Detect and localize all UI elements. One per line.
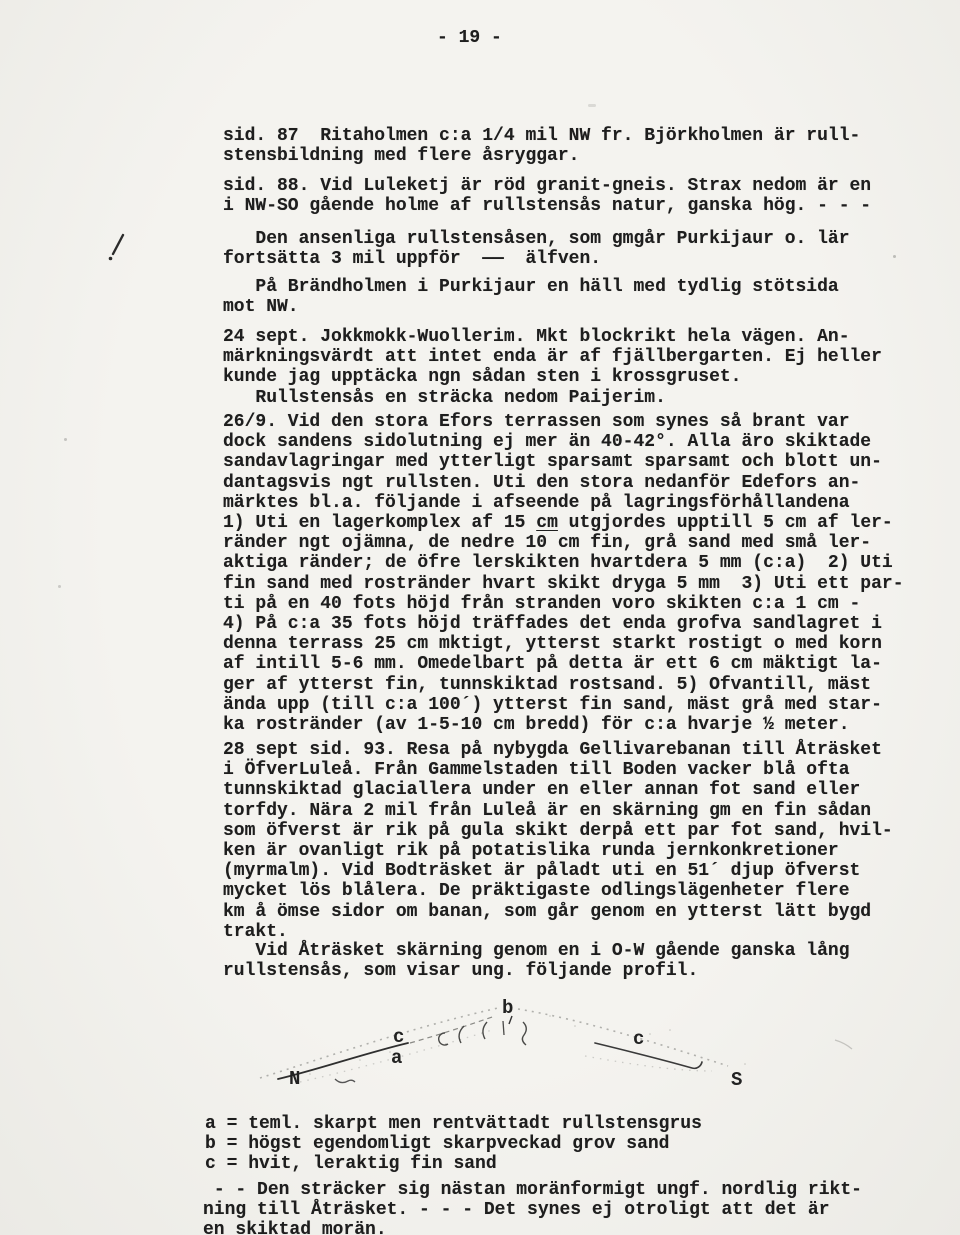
sketch-speckle <box>309 1015 746 1075</box>
scan-speck <box>893 255 896 258</box>
paragraph-26-9-part2: utgjordes upptill 5 cm af ler- ränder ng… <box>223 513 904 735</box>
profile-arc-right <box>518 1009 728 1066</box>
diagram-label-s: S <box>731 1069 742 1088</box>
fold-mark-2 <box>459 1026 464 1043</box>
stratum-line-right <box>595 1043 702 1068</box>
paragraph-den-ansenliga: Den ansenliga rullstensåsen, som gmgår P… <box>223 229 850 269</box>
paragraph-26-9: 26/9. Vid den stora Efors terrassen som … <box>223 412 904 735</box>
paragraph-pa-brandholmen: På Brändholmen i Purkijaur en häll med t… <box>223 277 839 317</box>
handwritten-slash-mark-icon <box>100 228 130 264</box>
underlined-cm: cm <box>536 513 558 533</box>
closing-note: - - Den sträcker sig nästan moränformigt… <box>203 1180 862 1235</box>
fold-mark-1 <box>439 1033 448 1045</box>
scanned-document-page: - 19 - sid. 87 Ritaholmen c:a 1/4 mil NW… <box>0 0 960 1235</box>
diagram-label-c-left: c <box>393 1026 404 1048</box>
paragraph-24-sept: 24 sept. Jokkmokk-Wuollerim. Mkt blockri… <box>223 327 882 408</box>
paragraph-28-sept: 28 sept sid. 93. Resa på nybygda Gelliva… <box>223 740 893 942</box>
paragraph-atrasket: Vid Åträsket skärning genom en i O-W gåe… <box>223 941 850 981</box>
diagram-label-b: b <box>502 997 513 1019</box>
esker-profile-sketch: b c c a N S <box>240 986 880 1088</box>
diagram-label-c-right: c <box>633 1028 644 1050</box>
scan-smudge <box>588 104 596 107</box>
scan-speck <box>64 438 67 441</box>
squiggle-bottom-left <box>335 1079 355 1083</box>
diagram-label-a: a <box>391 1047 402 1069</box>
diagram-label-n: N <box>289 1068 300 1088</box>
fold-mark-5 <box>522 1022 526 1045</box>
paragraph-sid-87: sid. 87 Ritaholmen c:a 1/4 mil NW fr. Bj… <box>223 126 860 166</box>
stratum-line-left-cont <box>410 1016 495 1043</box>
diagram-legend: a = teml. skarpt men rentvättadt rullste… <box>205 1114 702 1175</box>
paragraph-sid-88: sid. 88. Vid Luleketj är röd granit-gnei… <box>223 176 871 216</box>
fold-mark-4 <box>503 1021 504 1035</box>
stray-stroke-right <box>835 1040 852 1049</box>
page-number: - 19 - <box>437 28 502 48</box>
scan-speck <box>58 585 61 588</box>
fold-mark-3 <box>483 1022 487 1039</box>
